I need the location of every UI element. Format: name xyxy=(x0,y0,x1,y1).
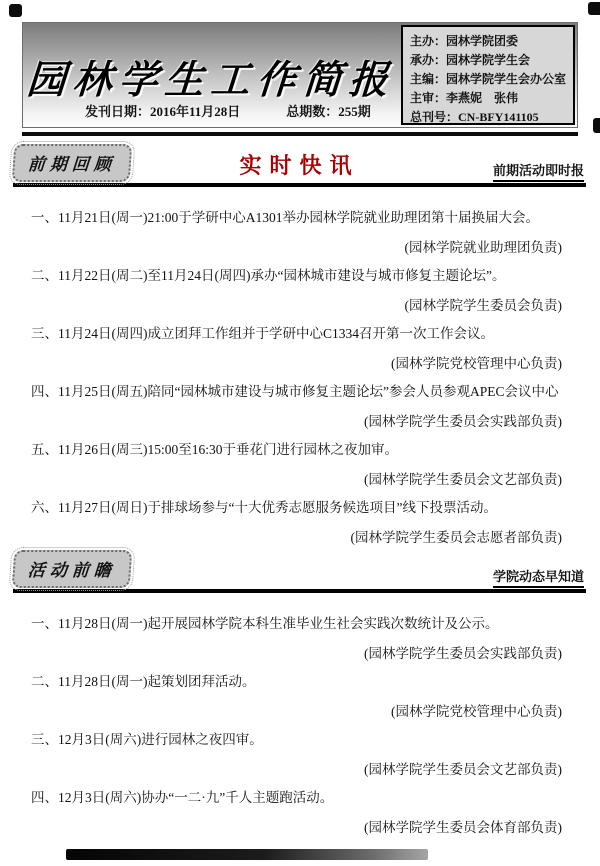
header-double-rule xyxy=(22,132,578,136)
entry-owner: (园林学院学生委员会实践部负责) xyxy=(31,644,562,663)
masthead-title-area: 园林学生工作简报 发刊日期：2016年11月28日 总期数：255期 xyxy=(23,23,399,127)
entry-owner: (园林学院党校管理中心负责) xyxy=(31,702,562,721)
bulletin-page: 园林学生工作简报 发刊日期：2016年11月28日 总期数：255期 主办：园林… xyxy=(0,0,600,866)
masthead-header: 园林学生工作简报 发刊日期：2016年11月28日 总期数：255期 主办：园林… xyxy=(22,22,578,128)
entry-owner: (园林学院学生委员会负责) xyxy=(31,296,562,315)
entry-text: 二、11月22日(周二)至11月24日(周四)承办“园林城市建设与城市修复主题论… xyxy=(31,266,562,285)
publication-info-box: 主办：园林学院团委 承办：园林学院学生会 主编：园林学院学生会办公室 主审：李燕… xyxy=(401,25,575,125)
entry-text: 一、11月21日(周一)21:00于学研中心A1301举办园林学院就业助理团第十… xyxy=(31,208,562,227)
badge-activity-preview: 活动前瞻 xyxy=(12,550,133,588)
section-head-preview: 活动前瞻 学院动态早知道 xyxy=(13,555,586,593)
entry-text: 四、11月25日(周五)陪同“园林城市建设与城市修复主题论坛”参会人员参观APE… xyxy=(31,382,562,401)
tagline-college-news: 学院动态早知道 xyxy=(493,566,584,588)
scan-mark-top-left xyxy=(9,4,22,17)
section-head-review: 前期回顾 实时快讯 前期活动即时报 xyxy=(13,149,586,187)
info-reviewers: 主审：李燕妮 张伟 xyxy=(410,89,566,108)
entry-text: 六、11月27日(周日)于排球场参与“十大优秀志愿服务候选项目”线下投票活动。 xyxy=(31,498,562,517)
entry-text: 二、11月28日(周一)起策划团拜活动。 xyxy=(31,672,562,691)
entry-owner: (园林学院学生委员会文艺部负责) xyxy=(31,470,562,489)
entry-owner: (园林学院学生委员会实践部负责) xyxy=(31,412,562,431)
dateline: 发刊日期：2016年11月28日 总期数：255期 xyxy=(85,101,371,120)
entry-owner: (园林学院就业助理团负责) xyxy=(31,238,562,257)
info-undertaker: 承办：园林学院学生会 xyxy=(410,51,566,70)
entries-review: 一、11月21日(周一)21:00于学研中心A1301举办园林学院就业助理团第十… xyxy=(0,187,600,547)
entry-owner: (园林学院学生委员会志愿者部负责) xyxy=(31,528,562,547)
entry-text: 一、11月28日(周一)起开展园林学院本科生准毕业生社会实践次数统计及公示。 xyxy=(31,614,562,633)
entry-owner: (园林学院学生委员会体育部负责) xyxy=(31,818,562,837)
entry-owner: (园林学院学生委员会文艺部负责) xyxy=(31,760,562,779)
entry-text: 三、12月3日(周六)进行园林之夜四审。 xyxy=(31,730,562,749)
entry-text: 三、11月24日(周四)成立团拜工作组并于学研中心C1334召开第一次工作会议。 xyxy=(31,324,562,343)
footer-gradient-bar xyxy=(66,849,428,860)
info-organizer: 主办：园林学院团委 xyxy=(410,32,566,51)
scan-mark-right-edge xyxy=(593,118,600,133)
entry-text: 四、12月3日(周六)协办“一二·九”千人主题跑活动。 xyxy=(31,788,562,807)
scan-mark-top-right xyxy=(588,2,600,15)
entry-text: 五、11月26日(周三)15:00至16:30于垂花门进行园林之夜加审。 xyxy=(31,440,562,459)
bulletin-title: 园林学生工作简报 xyxy=(21,49,401,105)
tagline-previous-activities: 前期活动即时报 xyxy=(493,160,584,182)
info-serial-number: 总刊号：CN-BFY141105 xyxy=(410,108,566,127)
bulletin-content: 前期回顾 实时快讯 前期活动即时报 一、11月21日(周一)21:00于学研中心… xyxy=(0,139,600,837)
info-chief-editor: 主编：园林学院学生会办公室 xyxy=(410,70,566,89)
entries-preview: 一、11月28日(周一)起开展园林学院本科生准毕业生社会实践次数统计及公示。 (… xyxy=(0,593,600,837)
publish-date: 发刊日期：2016年11月28日 xyxy=(85,101,240,120)
issue-total: 总期数：255期 xyxy=(286,101,371,120)
entry-owner: (园林学院党校管理中心负责) xyxy=(31,354,562,373)
